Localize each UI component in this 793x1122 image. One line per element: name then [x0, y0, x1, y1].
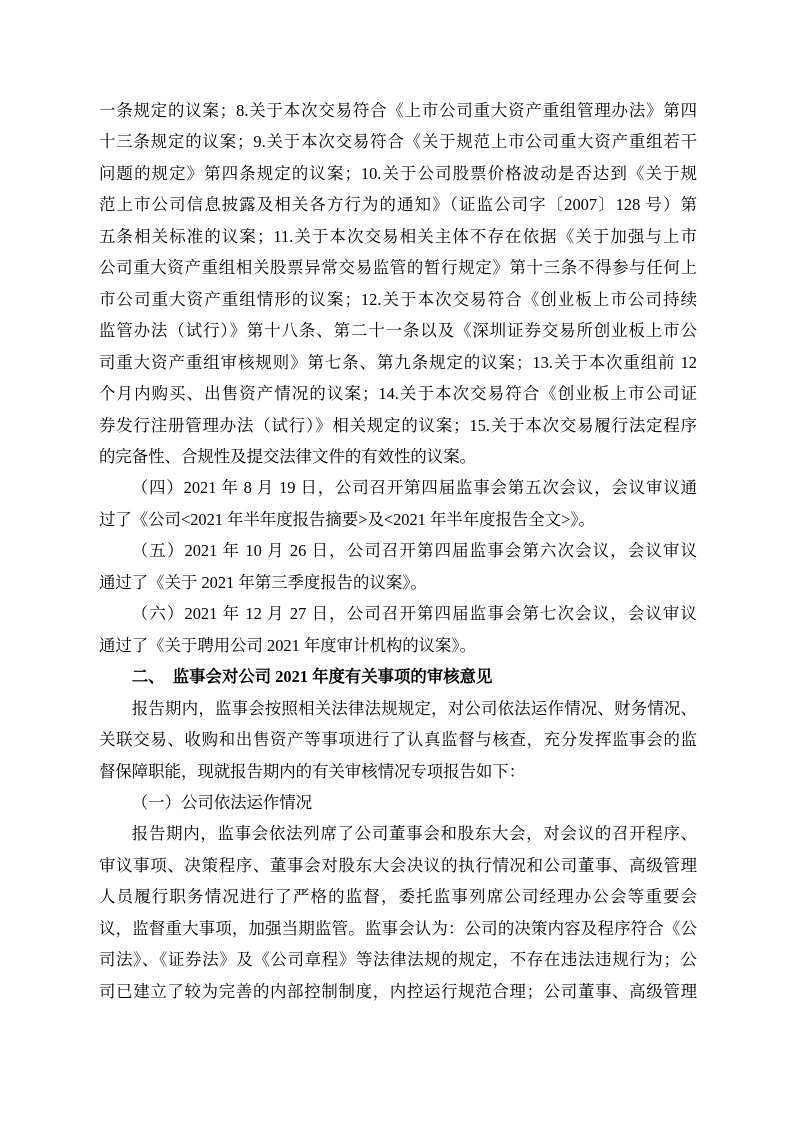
text-line: 范上市公司信息披露及相关各方行为的通知》（证监公司字〔2007〕128 号）第 [99, 189, 697, 220]
text-line: 监管办法（试行）》第十八条、第二十一条以及《深圳证券交易所创业板上市公 [99, 315, 697, 346]
subsection-heading-lawful-operation: （一）公司依法运作情况 [99, 787, 697, 818]
text-line: 司法》、《证券法》及《公司章程》等法律法规的规定，不存在违法违规行为；公 [99, 944, 697, 975]
text-line: 通过了《关于聘用公司 2021 年度审计机构的议案》。 [99, 630, 697, 661]
text-line: 报告期内，监事会依法列席了公司董事会和股东大会，对会议的召开程序、 [99, 818, 697, 849]
section-heading-review-opinions: 二、 监事会对公司 2021 年度有关事项的审核意见 [99, 661, 697, 692]
document-content: 一条规定的议案；8.关于本次交易符合《上市公司重大资产重组管理办法》第四 十三条… [99, 95, 697, 1007]
text-line: 过了《公司<2021 年半年度报告摘要>及<2021 年半年度报告全文>》。 [99, 504, 697, 535]
section-heading-text: 二、 监事会对公司 2021 年度有关事项的审核意见 [99, 661, 697, 692]
paragraph-meeting-supervisory-5th: （四）2021 年 8 月 19 日，公司召开第四届监事会第五次会议，会议审议通… [99, 472, 697, 535]
text-line: 审议事项、决策程序、董事会对股东大会决议的执行情况和公司董事、高级管理 [99, 850, 697, 881]
text-line: 券发行注册管理办法（试行）》相关规定的议案；15.关于本次交易履行法定程序 [99, 410, 697, 441]
text-line: （六）2021 年 12 月 27 日，公司召开第四届监事会第七次会议，会议审议 [99, 598, 697, 629]
text-line: 司重大资产重组审核规则》第七条、第九条规定的议案；13.关于本次重组前 12 [99, 347, 697, 378]
paragraph-meeting-supervisory-6th: （五）2021 年 10 月 26 日，公司召开第四届监事会第六次会议，会议审议… [99, 535, 697, 598]
text-line: 司已建立了较为完善的内部控制制度，内控运行规范合理；公司董事、高级管理 [99, 976, 697, 1007]
text-line: 通过了《关于 2021 年第三季度报告的议案》。 [99, 567, 697, 598]
text-line: 关联交易、收购和出售资产等事项进行了认真监督与核查，充分发挥监事会的监 [99, 724, 697, 755]
text-line: 督保障职能，现就报告期内的有关审核情况专项报告如下： [99, 756, 697, 787]
document-page: 一条规定的议案；8.关于本次交易符合《上市公司重大资产重组管理办法》第四 十三条… [0, 0, 793, 1122]
text-line: （五）2021 年 10 月 26 日，公司召开第四届监事会第六次会议，会议审议 [99, 535, 697, 566]
text-line: 个月内购买、出售资产情况的议案；14.关于本次交易符合《创业板上市公司证 [99, 378, 697, 409]
text-line: 议，监督重大事项，加强当期监管。监事会认为：公司的决策内容及程序符合《公 [99, 913, 697, 944]
paragraph-resolutions-continuation: 一条规定的议案；8.关于本次交易符合《上市公司重大资产重组管理办法》第四 十三条… [99, 95, 697, 472]
paragraph-lawful-operation-detail: 报告期内，监事会依法列席了公司董事会和股东大会，对会议的召开程序、 审议事项、决… [99, 818, 697, 1007]
text-line: 公司重大资产重组相关股票异常交易监管的暂行规定》第十三条不得参与任何上 [99, 252, 697, 283]
text-line: 报告期内，监事会按照相关法律法规规定，对公司依法运作情况、财务情况、 [99, 693, 697, 724]
text-line: 五条相关标准的议案；11.关于本次交易相关主体不存在依据《关于加强与上市 [99, 221, 697, 252]
text-line: 人员履行职务情况进行了严格的监督，委托监事列席公司经理办公会等重要会 [99, 881, 697, 912]
text-line: （四）2021 年 8 月 19 日，公司召开第四届监事会第五次会议，会议审议通 [99, 472, 697, 503]
text-line: 的完备性、合规性及提交法律文件的有效性的议案。 [99, 441, 697, 472]
text-line: 问题的规定》第四条规定的议案；10.关于公司股票价格波动是否达到《关于规 [99, 158, 697, 189]
text-line: 一条规定的议案；8.关于本次交易符合《上市公司重大资产重组管理办法》第四 [99, 95, 697, 126]
paragraph-meeting-supervisory-7th: （六）2021 年 12 月 27 日，公司召开第四届监事会第七次会议，会议审议… [99, 598, 697, 661]
text-line: 市公司重大资产重组情形的议案；12.关于本次交易符合《创业板上市公司持续 [99, 284, 697, 315]
subsection-heading-text: （一）公司依法运作情况 [99, 787, 697, 818]
paragraph-review-summary: 报告期内，监事会按照相关法律法规规定，对公司依法运作情况、财务情况、 关联交易、… [99, 693, 697, 787]
text-line: 十三条规定的议案；9.关于本次交易符合《关于规范上市公司重大资产重组若干 [99, 126, 697, 157]
